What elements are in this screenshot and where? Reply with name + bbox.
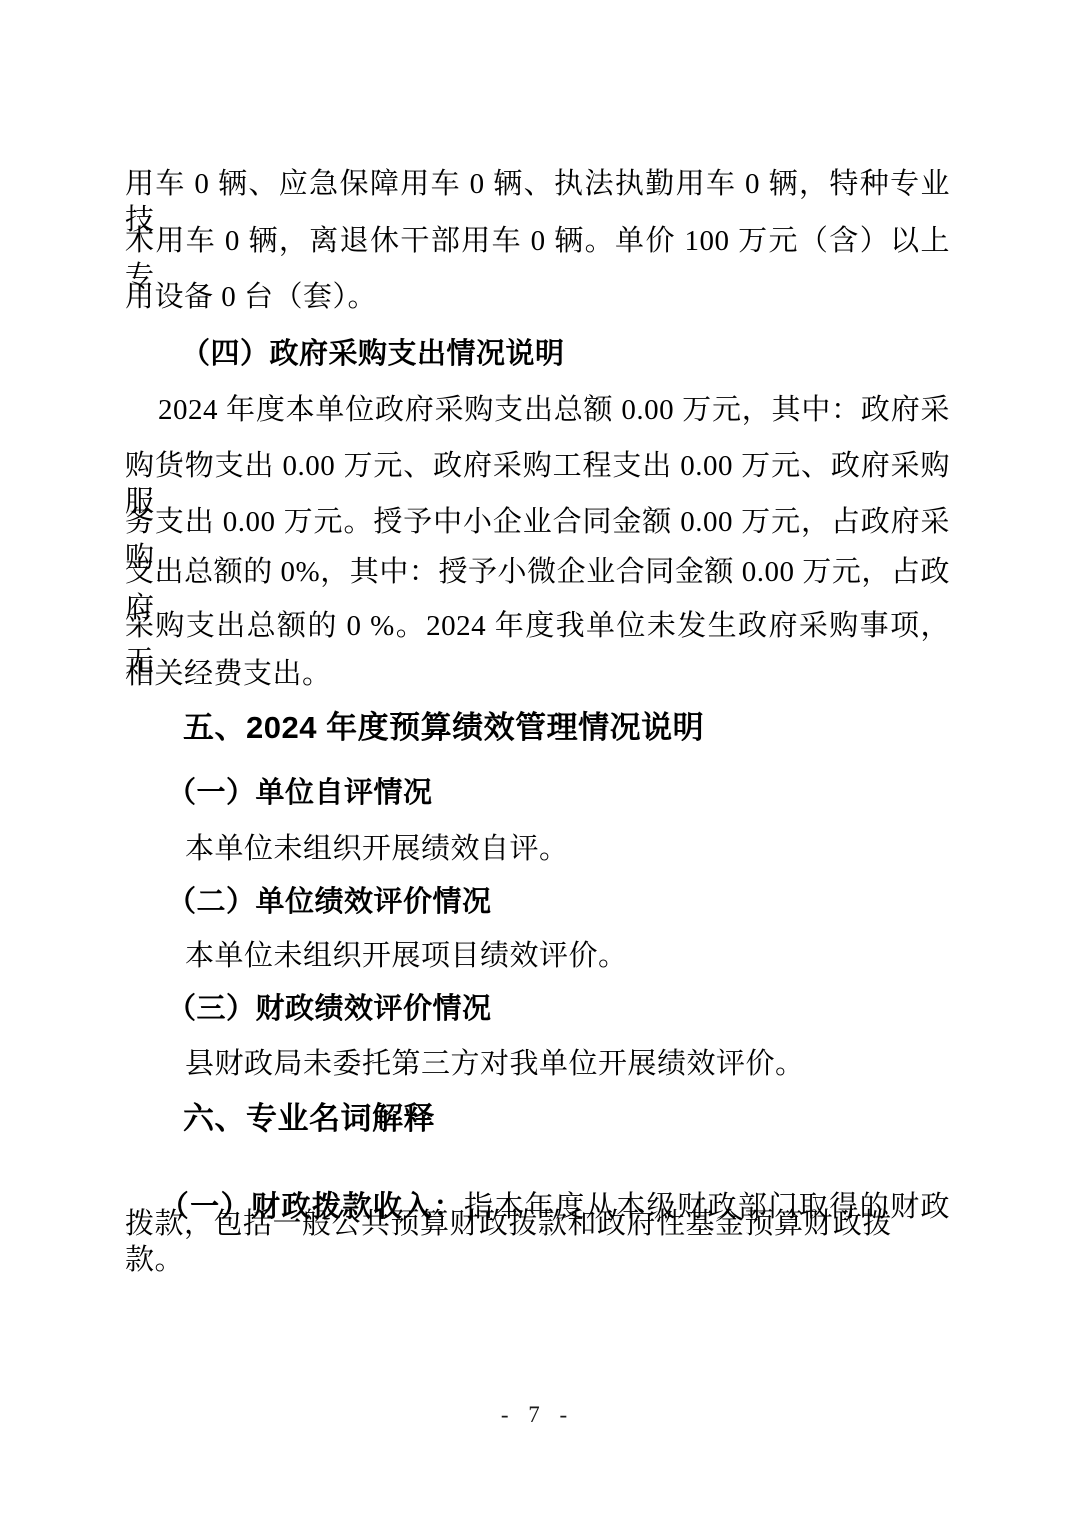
para-self-evaluation: 本单位未组织开展绩效自评。 [125,831,950,867]
subheading-gov-procurement: （四）政府采购支出情况说明 [125,336,950,372]
para-unit-performance-evaluation: 本单位未组织开展项目绩效评价。 [125,938,950,974]
subheading-unit-performance-evaluation: （二）单位绩效评价情况 [125,884,950,920]
page-number: - 7 - [0,1402,1075,1428]
subheading-fiscal-performance-evaluation: （三）财政绩效评价情况 [125,991,950,1027]
heading-section5-performance: 五、2024 年度预算绩效管理情况说明 [125,710,950,746]
document-page: 用车 0 辆、应急保障用车 0 辆、执法执勤用车 0 辆，特种专业技 术用车 0… [0,0,1075,1520]
subheading-self-evaluation: （一）单位自评情况 [125,775,950,811]
para-term-definition-line2: 拨款，包括一般公共预算财政拨款和政府性基金预算财政拨款。 [125,1206,950,1278]
para-procurement-line1: 2024 年度本单位政府采购支出总额 0.00 万元，其中：政府采 [125,392,950,428]
para-procurement-line6: 相关经费支出。 [125,656,950,692]
heading-section6-glossary: 六、专业名词解释 [125,1101,950,1137]
para-vehicles-line3: 用设备 0 台（套）。 [125,279,950,315]
para-fiscal-performance-evaluation: 县财政局未委托第三方对我单位开展绩效评价。 [125,1046,950,1082]
